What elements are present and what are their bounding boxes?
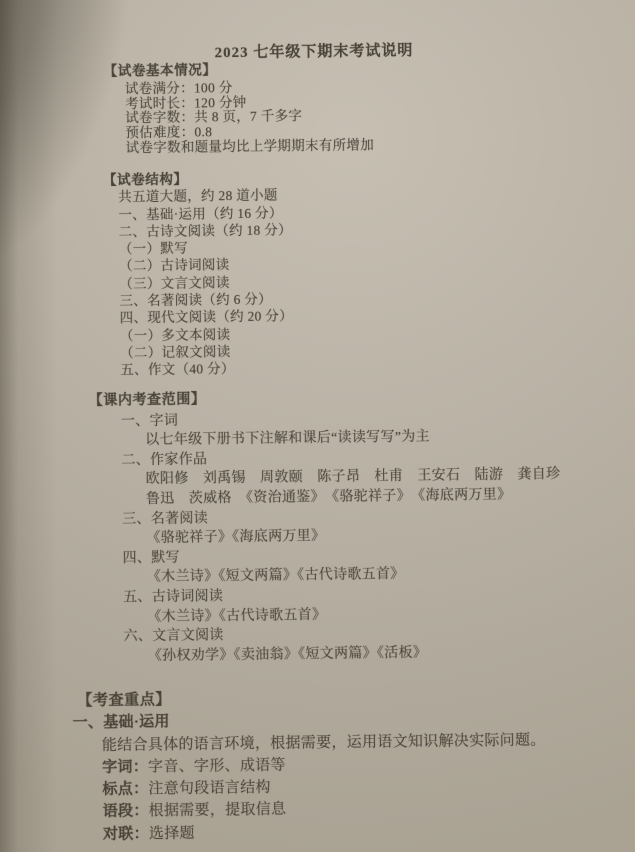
line-label: 语段： (103, 804, 149, 821)
section-lines: 共五道大题，约 28 道小题一、基础·运用（约 16 分）二、古诗文阅读（约 1… (103, 187, 294, 380)
section-lines: 一、基础·运用能结合具体的语言环境，根据需要，运用语文知识解决实际问题。字词：字… (78, 707, 547, 846)
doc-line: 一、基础·运用（约 16 分） (118, 204, 291, 223)
section-lines: 试卷满分：100 分考试时长：120 分钟试卷字数：共 8 页，7 千多字预估难… (104, 79, 374, 156)
doc-line: 试卷字数和题量均比上学期期末有所增加 (126, 138, 375, 156)
doc-line: （一）默写 (119, 238, 292, 257)
line-label: 对联： (103, 826, 149, 843)
section-heading: 【试卷基本情况】 (104, 61, 374, 79)
doc-line: 三、名著阅读（约 6 分） (119, 290, 292, 309)
doc-line: （三）文言文阅读 (119, 273, 292, 292)
section-exam-basic-info: 【试卷基本情况】 试卷满分：100 分考试时长：120 分钟试卷字数：共 8 页… (104, 61, 375, 156)
section-lines: 一、字词以七年级下册书下注解和课后“读读写写”为主二、作家作品欧阳修 刘禹锡 周… (89, 407, 563, 667)
doc-title: 2023 七年级下期末考试说明 (0, 36, 632, 65)
doc-line: 《孙权劝学》《卖油翁》《短文两篇》《活板》 (148, 642, 563, 667)
doc-line: 四、现代文阅读（约 20 分） (120, 308, 293, 327)
doc-line: （一）多文本阅读 (120, 325, 293, 344)
doc-line: 共五道大题，约 28 道小题 (118, 187, 291, 206)
doc-line: 二、古诗文阅读（约 18 分） (119, 221, 292, 240)
doc-line: 五、作文（40 分） (120, 360, 293, 379)
doc-line: 对联：选择题 (103, 818, 547, 846)
line-label: 标点： (102, 781, 148, 798)
doc-line: （二）古诗词阅读 (119, 256, 292, 275)
document-photo: 2023 七年级下期末考试说明 【试卷基本情况】 试卷满分：100 分考试时长：… (0, 0, 635, 852)
section-exam-scope: 【课内考查范围】 一、字词以七年级下册书下注解和课后“读读写写”为主二、作家作品… (89, 386, 563, 667)
section-exam-structure: 【试卷结构】 共五道大题，约 28 道小题一、基础·运用（约 16 分）二、古诗… (103, 169, 294, 379)
section-exam-focus: 【考查重点】 一、基础·运用能结合具体的语言环境，根据需要，运用语文知识解决实际… (77, 684, 547, 846)
doc-line: （二）记叙文阅读 (120, 342, 293, 361)
line-label: 字词： (102, 759, 148, 776)
